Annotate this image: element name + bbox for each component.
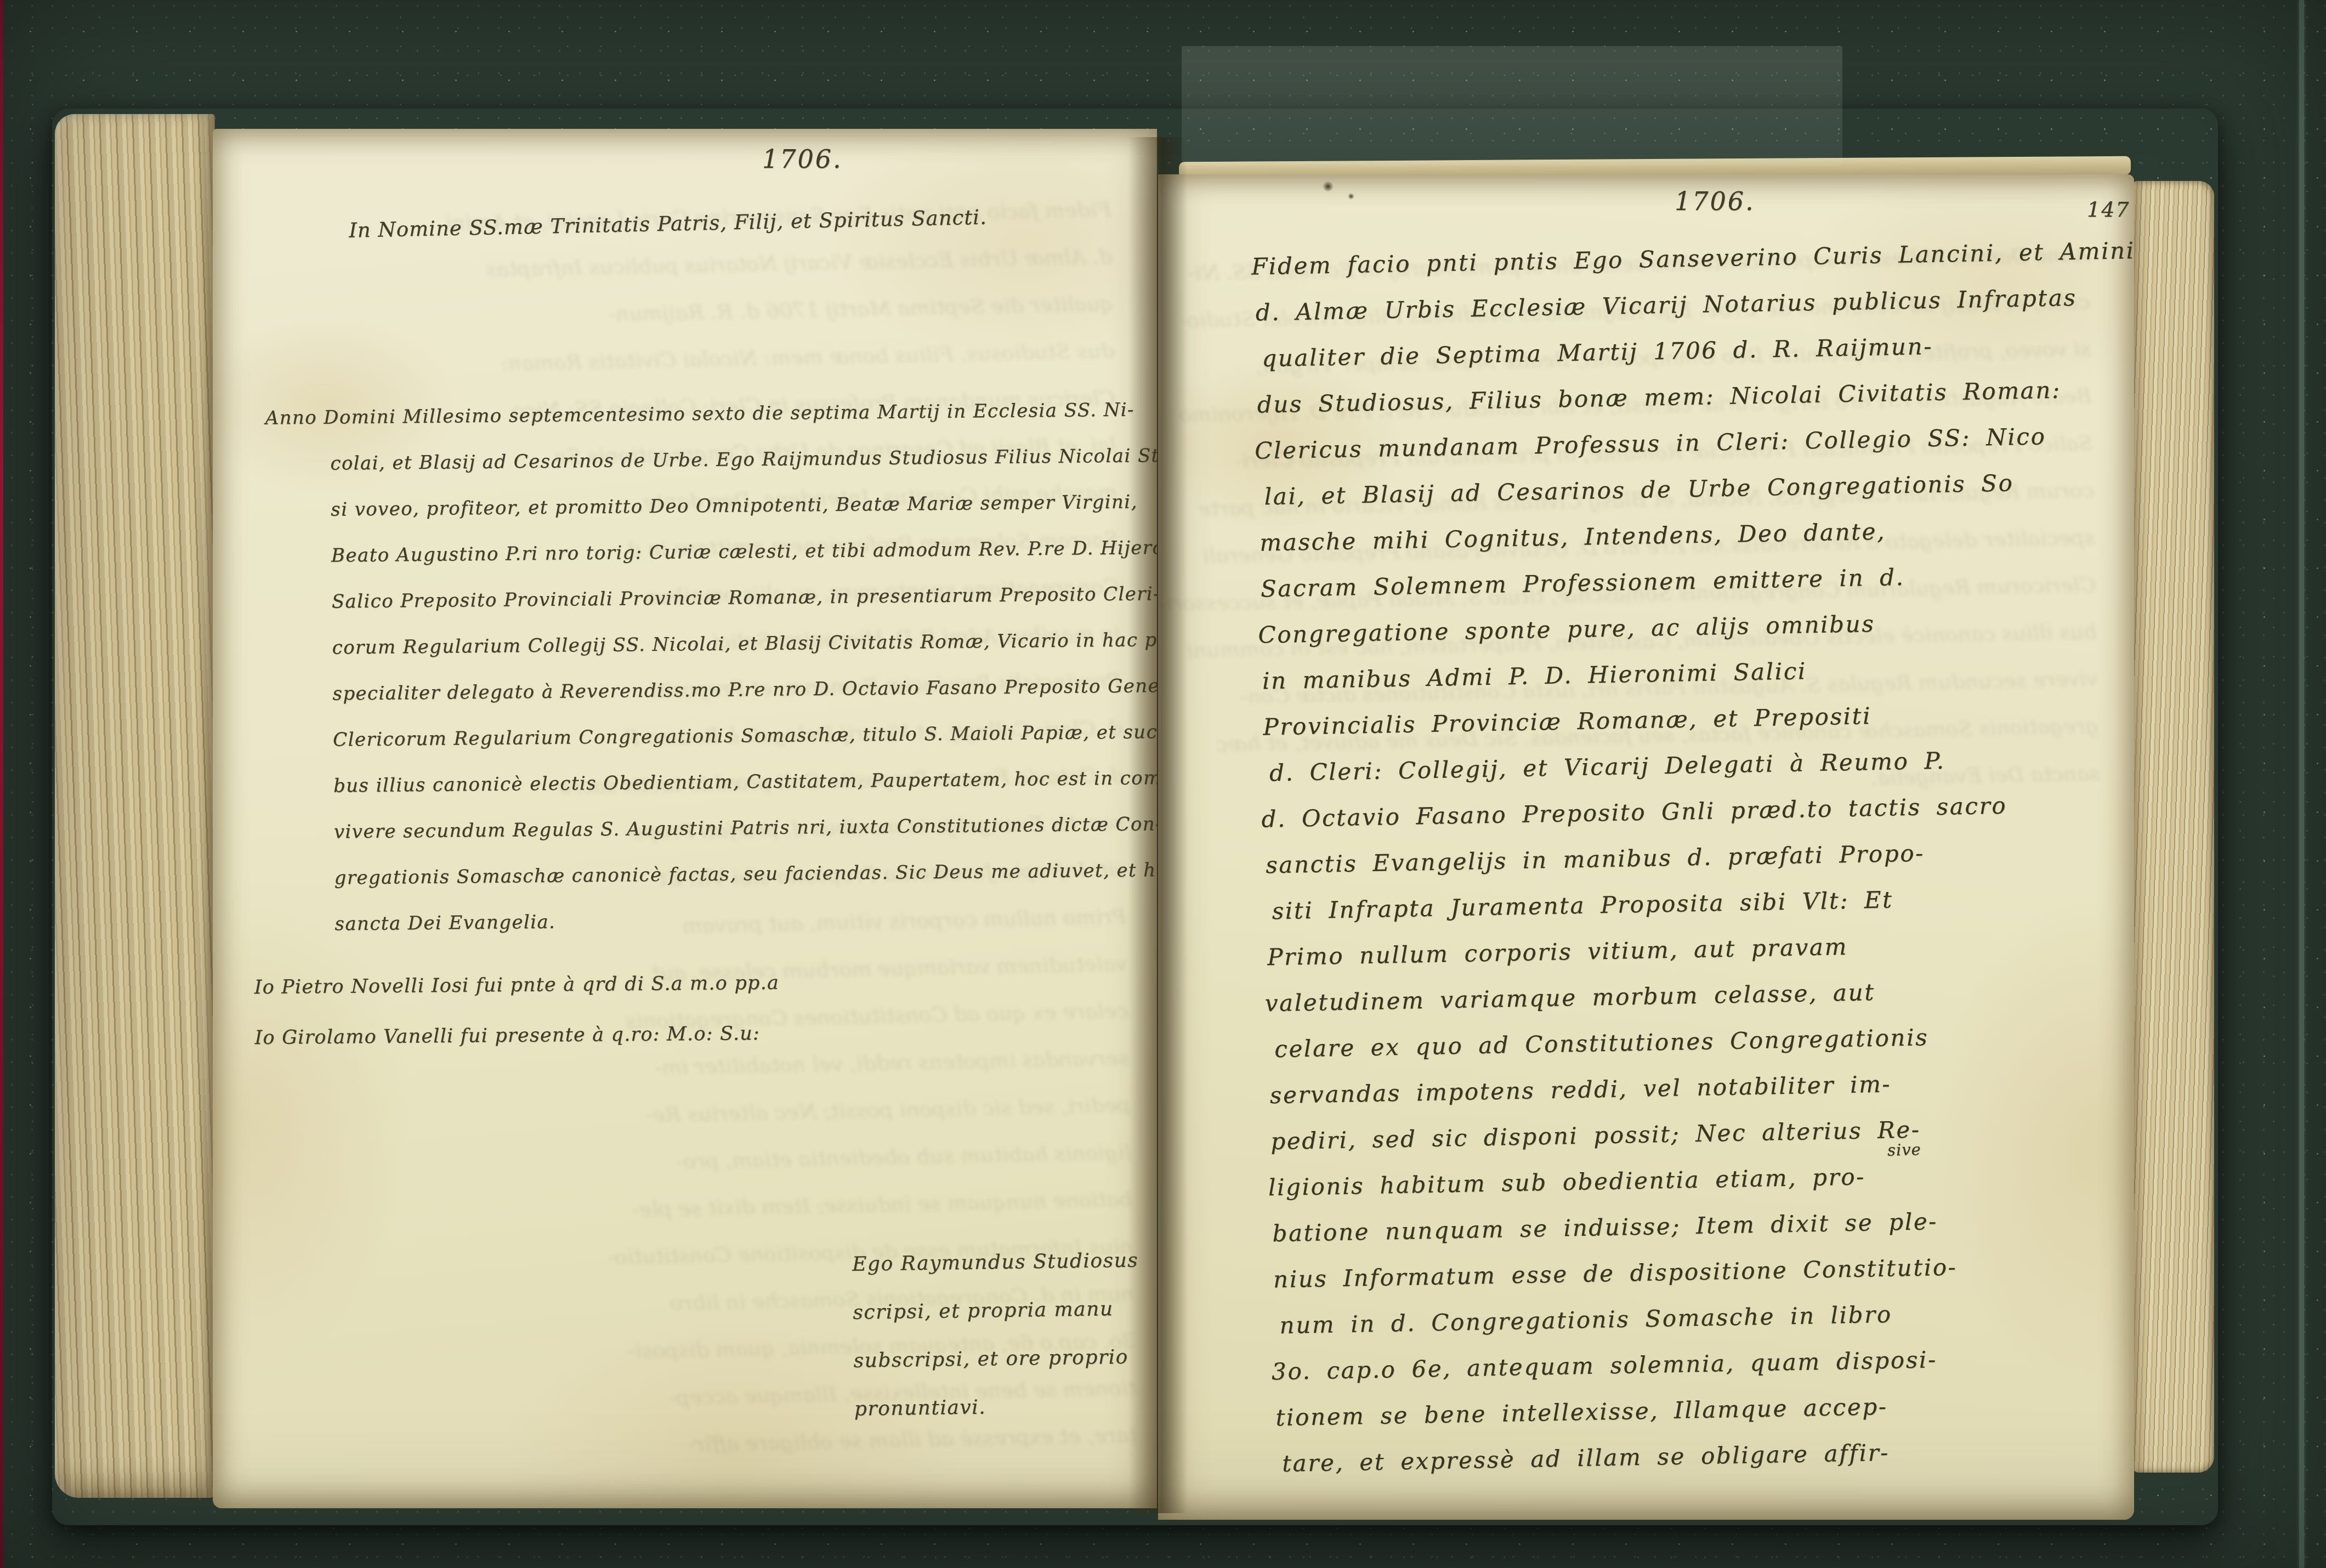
witness-signature-line: Io Pietro Novelli Iosi fui pnte à qrd di… [254,958,779,1013]
year-header-right: 1706. [1675,186,1755,216]
manuscript-line: Anno Domini Millesimo septemcentesimo se… [265,387,1143,441]
scan-edge-artifact [0,0,3,1568]
folio-page-number: 147 [2087,197,2130,221]
background-seam-line [2299,0,2304,1568]
glassine-overlay-strip [1182,46,1842,166]
right-fore-edge-stack [2133,181,2214,1473]
manuscript-line: colai, et Blasij ad Cesarinos de Urbe. E… [330,433,1143,486]
attestation-line: Ego Raymundus Studiosus [852,1236,1139,1288]
book-gutter-shadow [1128,137,1188,1513]
manuscript-line: specialiter delegato à Reverendiss.mo P.… [332,663,1145,717]
notarial-text-block: Fidem facio pnti pntis Ego Sanseverino C… [1254,228,2134,1487]
manuscript-line: vivere secundum Regulas S. Augustini Pat… [333,801,1147,855]
manuscript-line: bus illius canonicè electis Obedientiam,… [333,755,1147,809]
left-page-edge-stack [55,114,215,1498]
manuscript-line: corum Regularium Collegij SS. Nicolai, e… [332,617,1145,671]
attestation-line: scripsi, et propria manu [853,1285,1139,1337]
manuscript-line: sancta Dei Evangelia. [334,893,1148,947]
right-page: Anno Domini Millesimo septemcentesimo se… [1158,174,2134,1520]
manuscript-line: Beato Augustino P.ri nro torig: Curiæ cæ… [331,525,1144,578]
manuscript-line: gregationis Somaschæ canonicè factas, se… [334,847,1147,901]
manuscript-line: si voveo, profiteor, et promitto Deo Omn… [331,479,1144,532]
attestation-line: subscripsi, et ore proprio [853,1333,1140,1385]
left-page: Fidem facio pnti pntis Ego Sanseverino C… [213,129,1157,1508]
manuscript-photo-scan: Fidem facio pnti pntis Ego Sanseverino C… [0,0,2326,1568]
manuscript-line: Clericorum Regularium Congregationis Som… [333,709,1146,763]
attestation-line: pronuntiavi. [854,1381,1141,1433]
witness-signature-line: Io Girolamo Vanelli fui presente à q.ro:… [254,1008,780,1063]
scribe-attestation: Ego Raymundus Studiosusscripsi, et propr… [852,1236,1141,1433]
profession-text-block: Anno Domini Millesimo septemcentesimo se… [265,387,1148,947]
manuscript-line: Salico Preposito Provinciali Provinciæ R… [331,571,1144,624]
witness-signatures: Io Pietro Novelli Iosi fui pnte à qrd di… [254,958,780,1063]
year-header-left: 1706. [762,144,843,174]
interlinear-insertion: sive [1887,1140,1922,1160]
